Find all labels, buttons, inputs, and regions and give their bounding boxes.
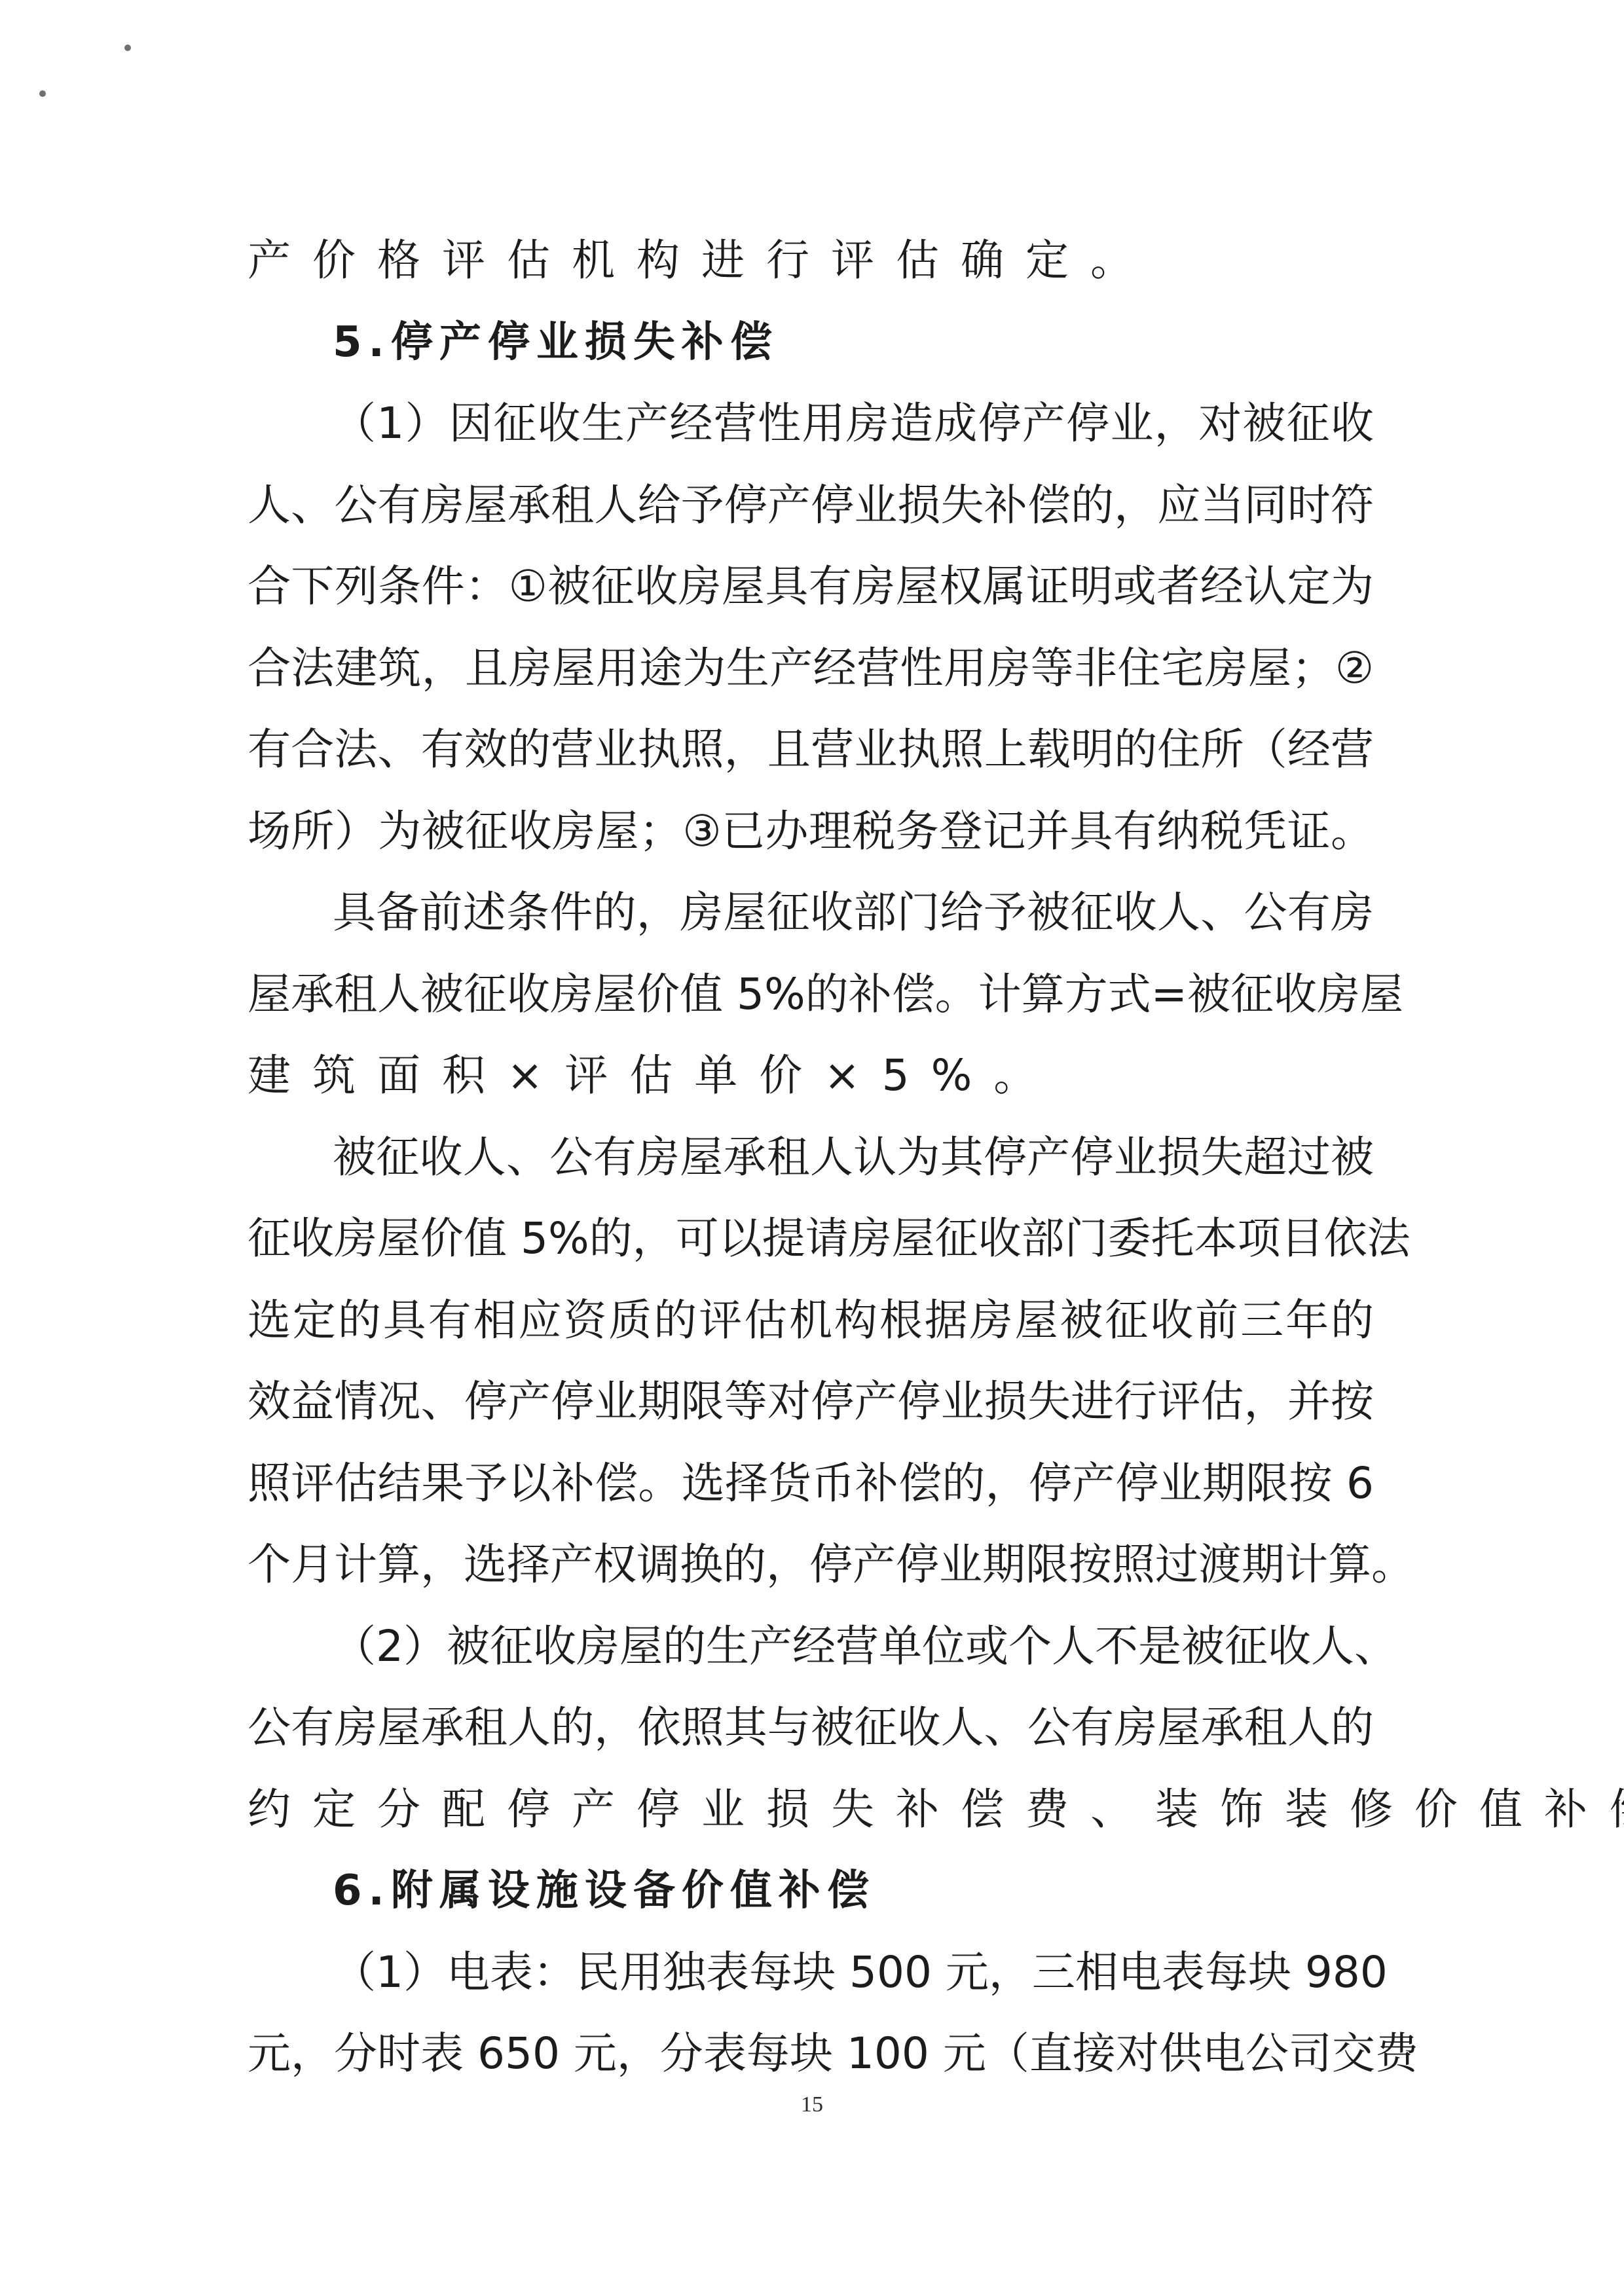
paragraph-line: 屋承租人被征收房屋价值 5%的补偿。计算方式=被征收房屋: [248, 954, 1374, 1036]
section-heading: 6.附属设施设备价值补偿: [248, 1850, 1374, 1932]
paragraph-line: 元，分时表 650 元，分表每块 100 元（直接对供电公司交费: [248, 2013, 1374, 2095]
paragraph-line: 照评估结果予以补偿。选择货币补偿的，停产停业期限按 6: [248, 1443, 1374, 1525]
paragraph-line: （2）被征收房屋的生产经营单位或个人不是被征收人、: [248, 1606, 1374, 1688]
paragraph-line: 约定分配停产停业损失补偿费、装饰装修价值补偿费。: [248, 1769, 1374, 1851]
paragraph-line: 公有房屋承租人的，依照其与被征收人、公有房屋承租人的: [248, 1687, 1374, 1769]
document-page: 产价格评估机构进行评估确定。 5.停产停业损失补偿 （1）因征收生产经营性用房造…: [0, 0, 1624, 2296]
paragraph-line: 个月计算，选择产权调换的，停产停业期限按照过渡期计算。: [248, 1524, 1374, 1606]
paragraph-line: 建筑面积×评估单价×5%。: [248, 1035, 1374, 1117]
paragraph-line: 被征收人、公有房屋承租人认为其停产停业损失超过被: [248, 1117, 1374, 1199]
paragraph-line: 产价格评估机构进行评估确定。: [248, 220, 1374, 302]
paragraph-line: 具备前述条件的，房屋征收部门给予被征收人、公有房: [248, 872, 1374, 954]
paragraph-line: 合法建筑，且房屋用途为生产经营性用房等非住宅房屋；②: [248, 628, 1374, 710]
section-heading: 5.停产停业损失补偿: [248, 302, 1374, 384]
scan-speck: [124, 45, 131, 51]
body-text: 产价格评估机构进行评估确定。 5.停产停业损失补偿 （1）因征收生产经营性用房造…: [248, 220, 1374, 2095]
page-number: 15: [0, 2092, 1624, 2117]
paragraph-line: （1）因征收生产经营性用房造成停产停业，对被征收: [248, 383, 1374, 465]
paragraph-line: 合下列条件：①被征收房屋具有房屋权属证明或者经认定为: [248, 546, 1374, 628]
scan-speck: [39, 90, 46, 97]
paragraph-line: 有合法、有效的营业执照，且营业执照上载明的住所（经营: [248, 709, 1374, 791]
paragraph-line: 效益情况、停产停业期限等对停产停业损失进行评估，并按: [248, 1361, 1374, 1443]
paragraph-line: 人、公有房屋承租人给予停产停业损失补偿的，应当同时符: [248, 465, 1374, 547]
paragraph-line: 选定的具有相应资质的评估机构根据房屋被征收前三年的: [248, 1280, 1374, 1362]
paragraph-line: 征收房屋价值 5%的，可以提请房屋征收部门委托本项目依法: [248, 1198, 1374, 1280]
paragraph-line: （1）电表：民用独表每块 500 元，三相电表每块 980: [248, 1932, 1374, 2014]
paragraph-line: 场所）为被征收房屋；③已办理税务登记并具有纳税凭证。: [248, 791, 1374, 873]
